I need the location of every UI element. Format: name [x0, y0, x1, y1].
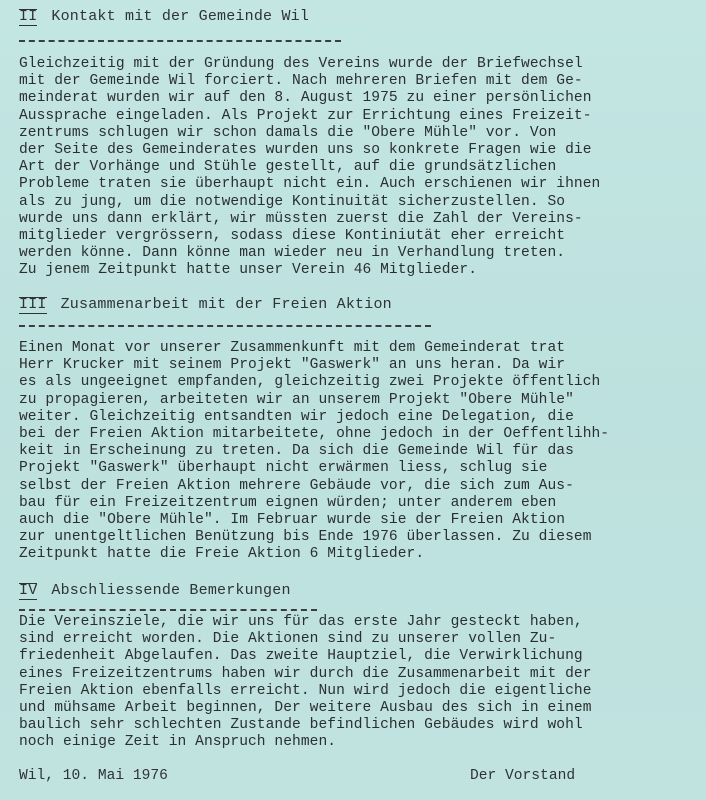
text-line: auch die "Obere Mühle". Im Februar wurde… — [19, 512, 609, 529]
section-numeral: II — [19, 8, 37, 25]
section-numeral: III — [19, 296, 47, 313]
text-line: noch einige Zeit in Anspruch nehmen. — [19, 734, 592, 751]
text-line: werden könne. Dann könne man wieder neu … — [19, 245, 600, 262]
section-body: Die Vereinsziele, die wir uns für das er… — [19, 614, 592, 752]
text-line: zentrums schlugen wir schon damals die "… — [19, 125, 600, 142]
section-rule — [19, 40, 341, 42]
text-line: bau für ein Freizeitzentrum eignen würde… — [19, 495, 609, 512]
section-title: Zusammenarbeit mit der Freien Aktion — [61, 296, 392, 313]
text-line: und mühsame Arbeit beginnen, Der weitere… — [19, 700, 592, 717]
text-line: Die Vereinsziele, die wir uns für das er… — [19, 614, 592, 631]
text-line: Probleme traten sie überhaupt nicht ein.… — [19, 176, 600, 193]
text-line: zur unentgeltlichen Benützung bis Ende 1… — [19, 529, 609, 546]
text-line: wurde uns dann erklärt, wir müssten zuer… — [19, 211, 600, 228]
text-line: eines Freizeitzentrums haben wir durch d… — [19, 666, 592, 683]
text-line: weiter. Gleichzeitig entsandten wir jedo… — [19, 409, 609, 426]
section-body: Einen Monat vor unserer Zusammenkunft mi… — [19, 340, 609, 564]
text-line: Gleichzeitig mit der Gründung des Verein… — [19, 56, 600, 73]
text-line: Zeitpunkt hatte die Freie Aktion 6 Mitgl… — [19, 546, 609, 563]
text-line: der Seite des Gemeinderates wurden uns s… — [19, 142, 600, 159]
text-line: Zu jenem Zeitpunkt hatte unser Verein 46… — [19, 262, 600, 279]
text-line: als zu jung, um die notwendige Kontinuit… — [19, 194, 600, 211]
text-line: sind erreicht worden. Die Aktionen sind … — [19, 631, 592, 648]
text-line: keit in Erscheinung zu treten. Da sich d… — [19, 443, 609, 460]
text-line: mitglieder vergrössern, sodass diese Kon… — [19, 228, 600, 245]
place-date: Wil, 10. Mai 1976 — [19, 768, 168, 784]
text-line: Herr Krucker mit seinem Projekt "Gaswerk… — [19, 357, 609, 374]
text-line: Aussprache eingeladen. Als Projekt zur E… — [19, 108, 600, 125]
text-line: zu propagieren, arbeiteten wir an unsere… — [19, 392, 609, 409]
text-line: friedenheit Abgelaufen. Das zweite Haupt… — [19, 648, 592, 665]
section-heading: IIIZusammenarbeit mit der Freien Aktion — [19, 296, 392, 313]
section-title: Kontakt mit der Gemeinde Wil — [51, 8, 309, 25]
section-heading: IVAbschliessende Bemerkungen — [19, 582, 291, 599]
text-line: Art der Vorhänge und Stühle gestellt, au… — [19, 159, 600, 176]
section-numeral: IV — [19, 582, 37, 599]
text-line: mit der Gemeinde Wil forciert. Nach mehr… — [19, 73, 600, 90]
text-line: meinderat wurden wir auf den 8. August 1… — [19, 90, 600, 107]
signature: Der Vorstand — [470, 768, 575, 784]
section-body: Gleichzeitig mit der Gründung des Verein… — [19, 56, 600, 280]
text-line: Projekt "Gaswerk" überhaupt nicht erwärm… — [19, 460, 609, 477]
text-line: Freien Aktion ebenfalls erreicht. Nun wi… — [19, 683, 592, 700]
section-title: Abschliessende Bemerkungen — [51, 582, 290, 599]
text-line: Einen Monat vor unserer Zusammenkunft mi… — [19, 340, 609, 357]
section-rule — [19, 609, 317, 611]
text-line: bei der Freien Aktion mitarbeitete, ohne… — [19, 426, 609, 443]
section-heading: IIKontakt mit der Gemeinde Wil — [19, 8, 309, 25]
text-line: es als ungeeignet empfanden, gleichzeiti… — [19, 374, 609, 391]
section-rule — [19, 325, 431, 327]
text-line: baulich sehr schlechten Zustande befindl… — [19, 717, 592, 734]
text-line: selbst der Freien Aktion mehrere Gebäude… — [19, 478, 609, 495]
